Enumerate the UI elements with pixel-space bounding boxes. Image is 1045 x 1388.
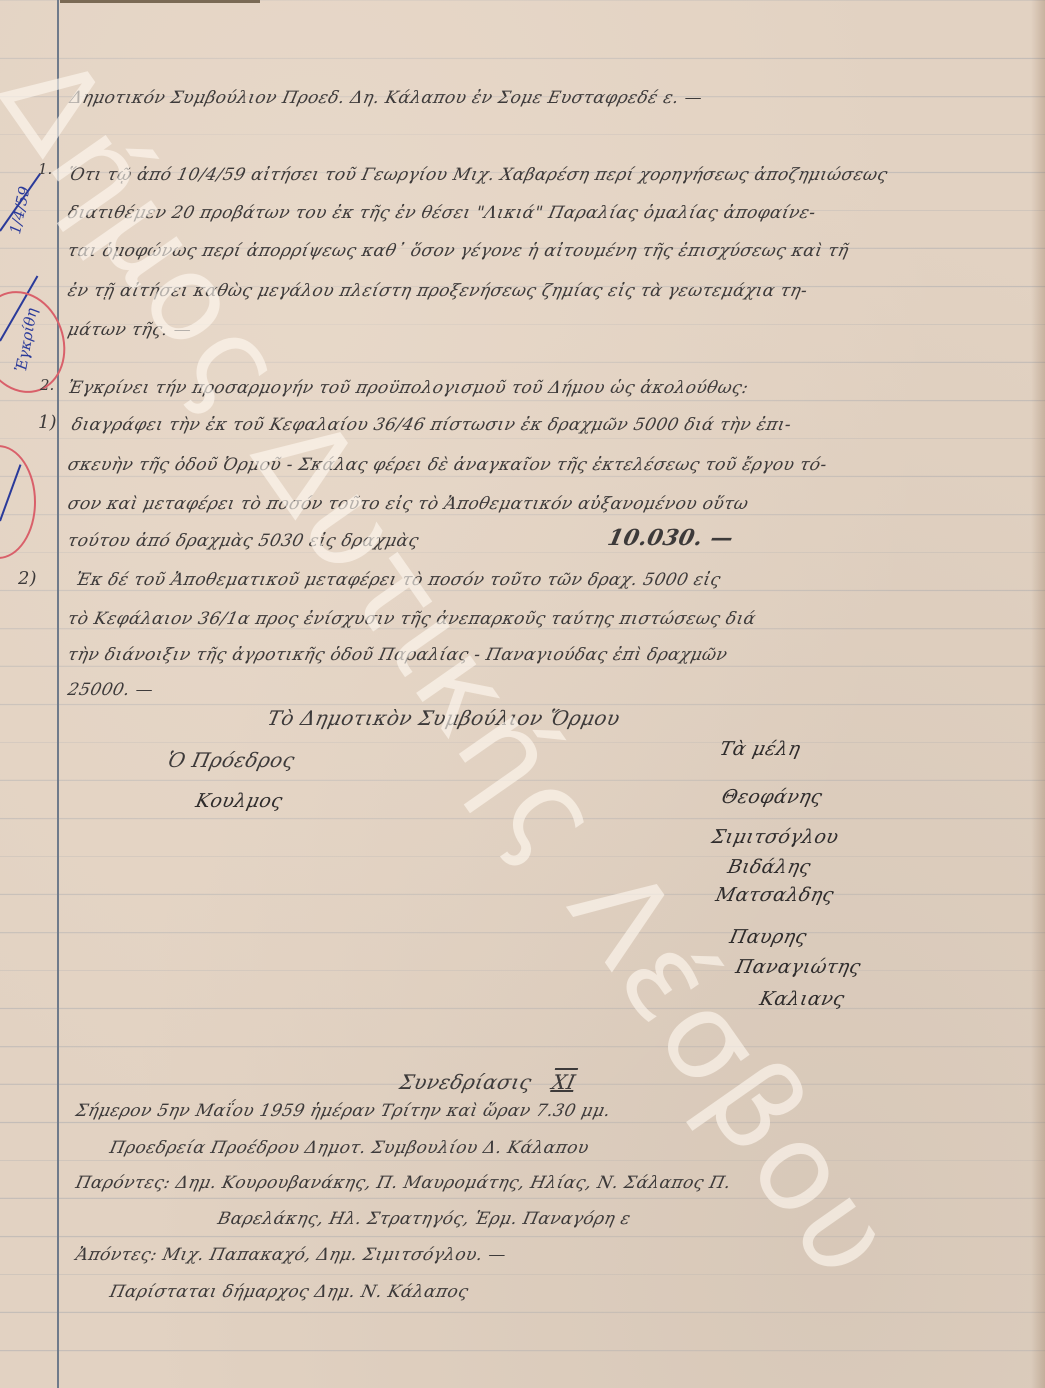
sub-item-1-line: σον καὶ μεταφέρει τὸ ποσόν τοῦτο εἰς τὸ … [66,494,751,514]
item-1-line: μάτων τῆς. — [66,320,194,340]
sub-item-1-line: διαγράφει τὴν ἐκ τοῦ Κεφαλαίου 36/46 πίσ… [70,415,793,435]
item-1-line: ται ὁμοφώνως περί ἀπορρίψεως καθ᾽ ὅσον γ… [66,241,851,261]
sub-item-2-line: τὸ Κεφάλαιον 36/1α προς ἐνίσχυσιν τῆς ἀν… [66,609,758,629]
item-1-line: διατιθέμεν 20 προβάτων του ἐκ τῆς ἐν θέσ… [66,203,818,223]
session-heading-label: Συνεδρίασις [397,1070,534,1094]
president-label: Ὁ Πρόεδρος [165,748,297,772]
margin-item-number: 2. [40,376,54,394]
session-line: Παρόντες: Δημ. Κουρουβανάκης, Π. Μαυρομά… [74,1173,733,1193]
sub-item-2-line: τὴν διάνοιξιν τῆς ἀγροτικῆς ὁδοῦ Παραλία… [66,645,729,665]
member-signature: Σιμιτσόγλου [710,826,841,848]
member-signature: Παναγιώτης [734,956,863,978]
item-1-line: Ὅτι τῷ ἀπό 10/4/59 αἰτήσει τοῦ Γεωργίου … [66,165,890,185]
session-line: Ἀπόντες: Μιχ. Παπακαχό, Δημ. Σιμιτσόγλου… [74,1245,508,1265]
session-line: Σήμερον 5ην Μαΐου 1959 ἡμέραν Τρίτην καὶ… [74,1101,613,1121]
margin-rule [57,0,59,1388]
session-line: Προεδρεία Προέδρου Δημοτ. Συμβουλίου Δ. … [108,1138,591,1158]
margin-date-note: 1/4/59 [6,185,34,236]
member-signature: Ματσαλδης [714,884,836,906]
sub-item-label: 1) [38,412,56,433]
session-line: Βαρελάκης, Ηλ. Στρατηγός, Ἑρμ. Παναγόρη … [216,1209,633,1229]
sub-item-2-line: Ἐκ δέ τοῦ Ἀποθεματικοῦ μεταφέρει τὸ ποσό… [74,570,723,590]
page-binding-shadow [1031,0,1045,1388]
member-signature: Παυρης [728,926,809,948]
members-label: Τὰ μέλη [718,738,803,760]
document-page: 1/4/59 Ἐγκρίθη 1. 2. Δημοτικόν Συμβούλιο… [0,0,1045,1388]
member-signature: Βιδάλης [726,856,813,878]
sub-item-1-line: τούτου ἀπό δραχμὰς 5030 εἰς δραχμὰς [66,531,421,551]
session-line: Παρίσταται δήμαρχος Δημ. Ν. Κάλαπος [108,1282,470,1302]
session-heading: Συνεδρίασις XI [397,1070,577,1094]
sub-item-1-amount: 10.030. — [605,525,736,551]
minutes-header: Δημοτικόν Συμβούλιον Προεδ. Δη. Κάλαπου … [68,88,704,108]
council-heading: Τὸ Δημοτικὸν Συμβούλιον Ὅρμου [265,706,622,730]
margin-item-number: 1. [38,160,52,178]
member-signature: Καλιανς [758,988,847,1010]
session-numeral: XI [550,1070,578,1094]
item-2-intro: Ἐγκρίνει τήν προσαρμογήν τοῦ προϋπολογισ… [66,378,750,398]
item-1-line: ἐν τῇ αἰτήσει καθὼς μεγάλου πλείστη προξ… [66,281,809,301]
page-top-edge [60,0,260,3]
sub-item-2-line: 25000. — [66,680,155,700]
sub-item-label: 2) [18,568,36,589]
president-signature: Κουλμος [194,790,285,812]
member-signature: Θεοφάνης [720,786,825,808]
sub-item-1-line: σκευὴν τῆς ὁδοῦ Ὀρμοῦ - Σκάλας φέρει δὲ … [66,455,829,475]
